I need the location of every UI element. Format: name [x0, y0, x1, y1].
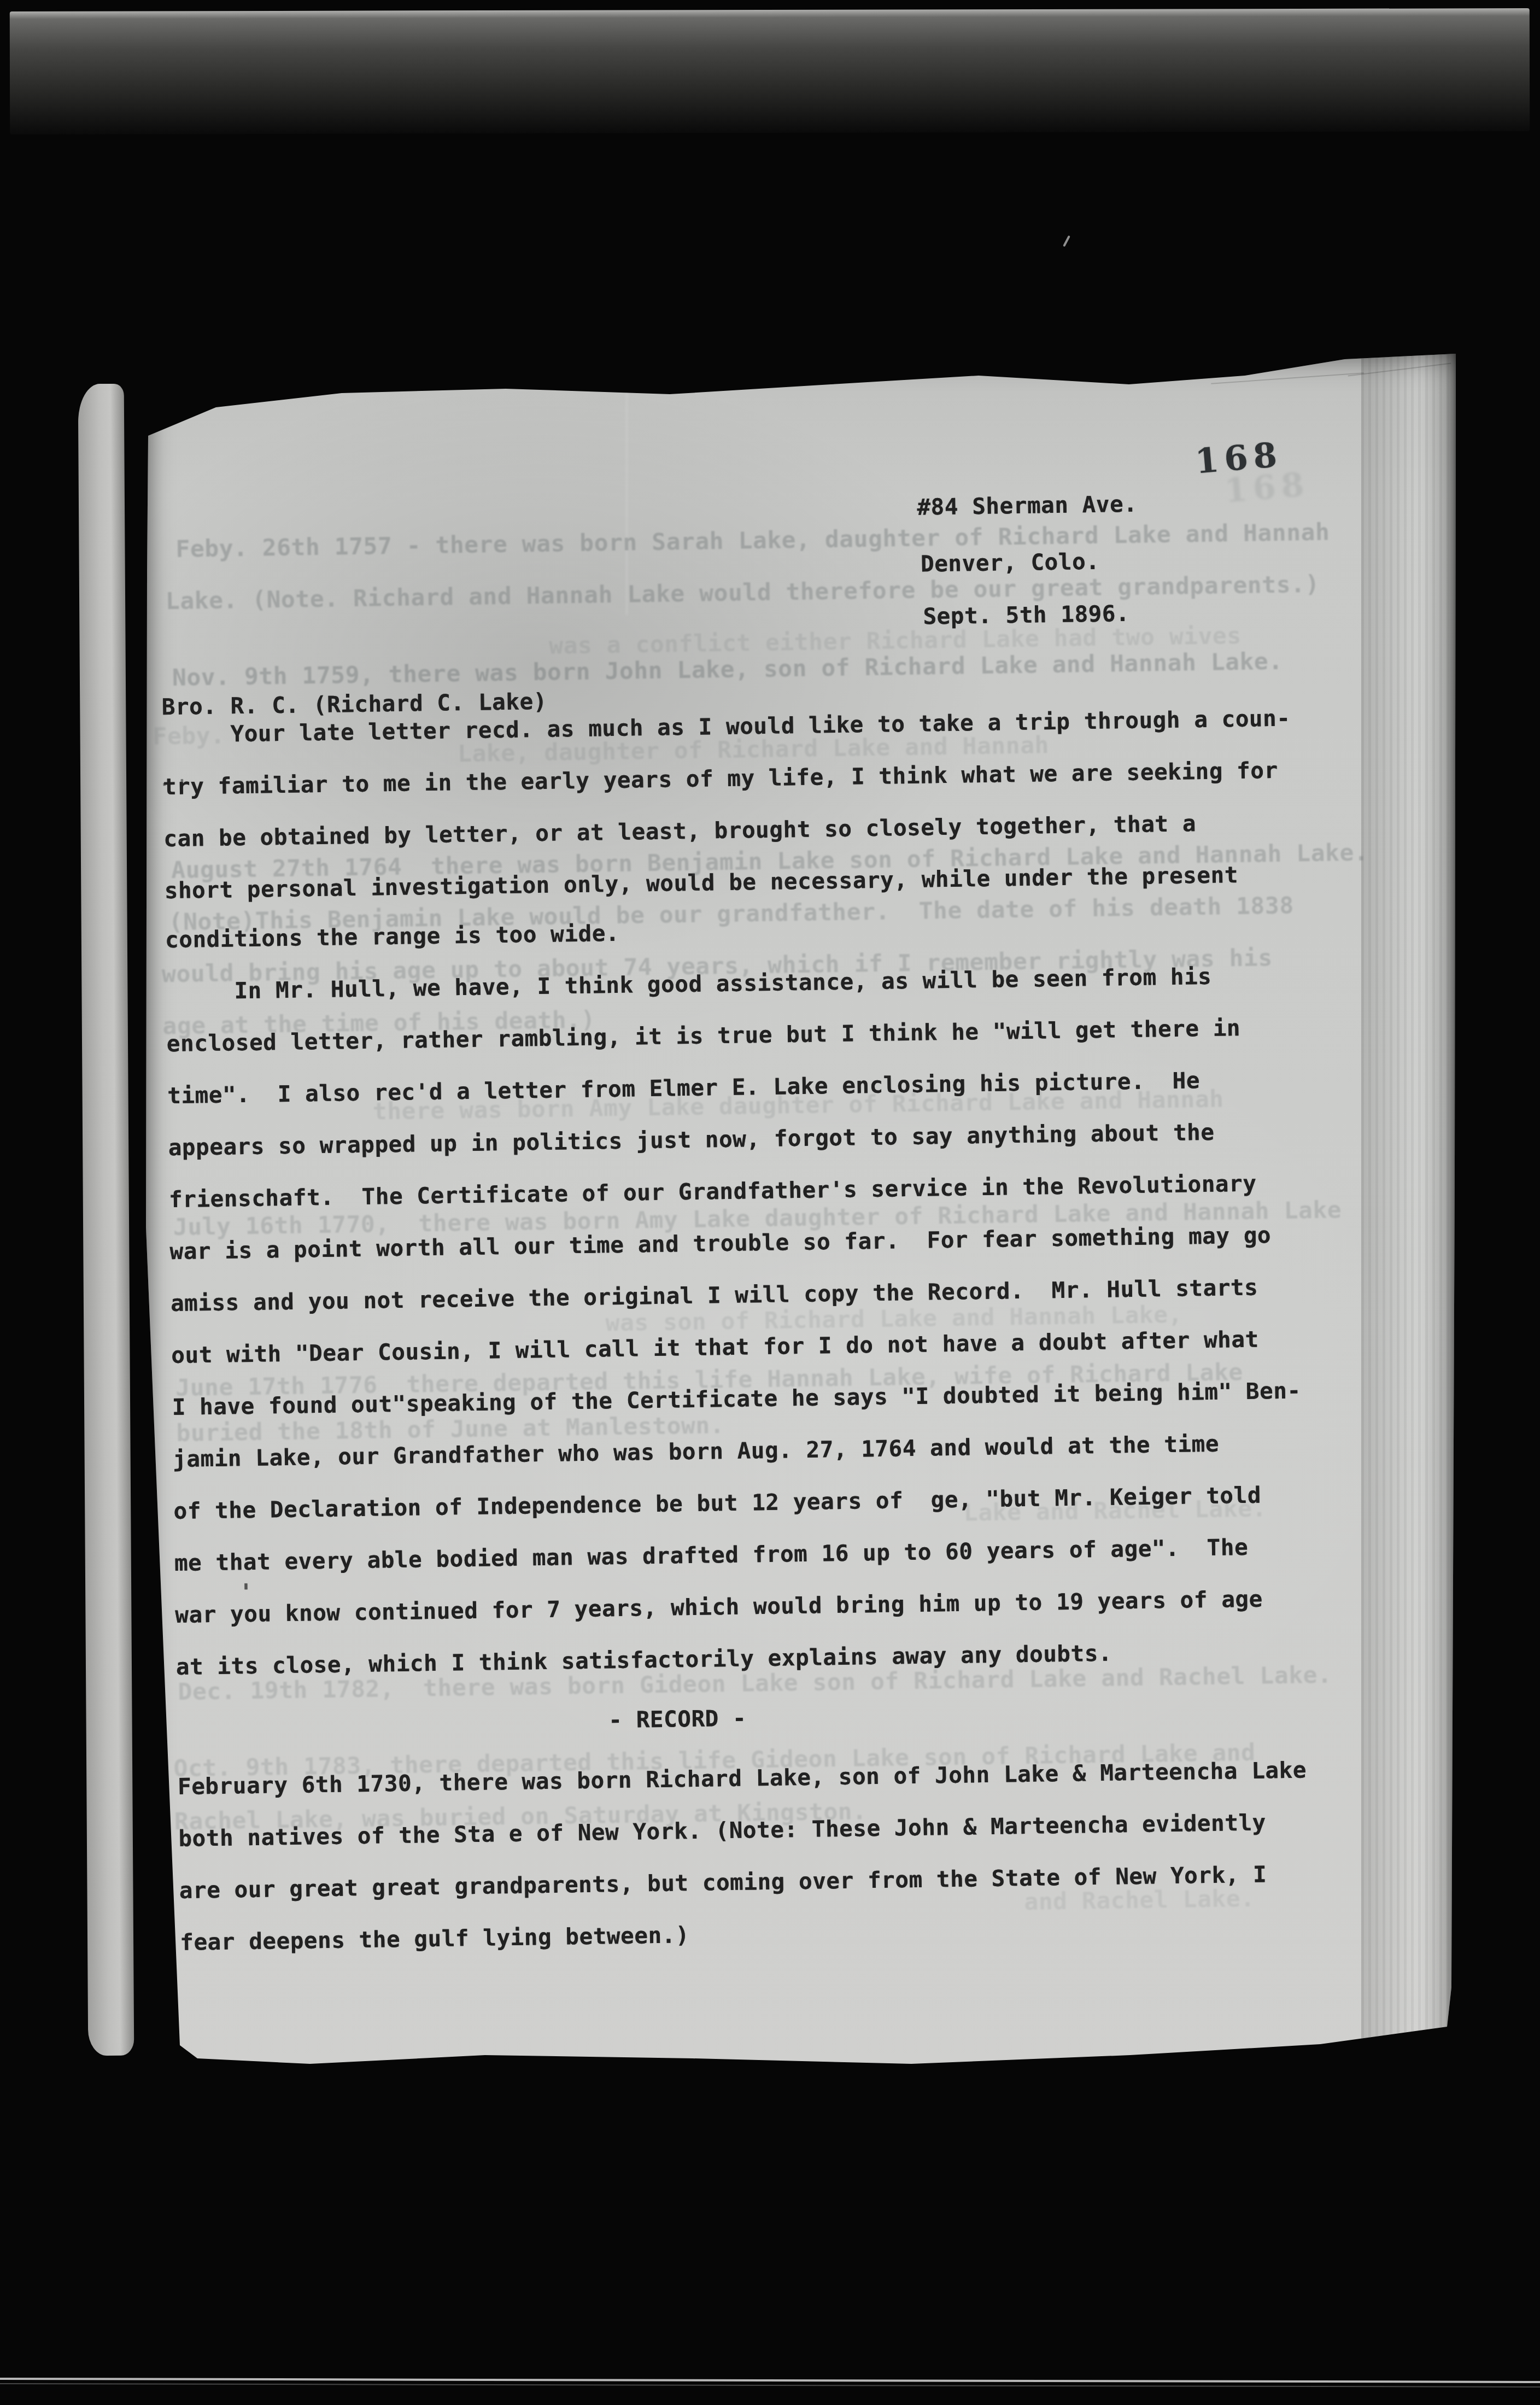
scanner-edge-band [10, 8, 1530, 134]
text-layer: 168 168 #84 Sherman Ave.Denver, Colo.Sep… [132, 343, 1469, 2092]
ghost-bleed-line: Lake and Rachel Lake. [963, 1495, 1267, 1526]
typed-line: Denver, Colo. [921, 548, 1100, 577]
scan-artifact-line [0, 2378, 1540, 2383]
typed-line: me that every able bodied man was drafte… [174, 1534, 1249, 1576]
scanned-photo: 168 168 #84 Sherman Ave.Denver, Colo.Sep… [0, 0, 1540, 2405]
ghost-bleed-line: Lake. (Note. Richard and Hannah Lake wou… [166, 571, 1320, 615]
scan-artifact-line-echo [0, 2383, 1540, 2388]
typed-line: - RECORD - [608, 1705, 747, 1734]
ghost-bleed-line: Feby. 26th 1757 - there was born Sarah L… [175, 519, 1330, 563]
ghost-bleed-line: Feby. [153, 722, 225, 751]
left-page-edge [78, 384, 134, 2056]
typed-line: appears so wrapped up in politics just n… [168, 1119, 1215, 1161]
typed-line: Bro. R. C. (Richard C. Lake) [161, 688, 547, 720]
typed-line: war you know continued for 7 years, whic… [175, 1586, 1263, 1629]
typed-line: #84 Sherman Ave. [917, 491, 1138, 520]
book-page: 168 168 #84 Sherman Ave.Denver, Colo.Sep… [145, 353, 1457, 2083]
page-number-bleed: 168 [1223, 465, 1311, 511]
dust-speck [1063, 235, 1070, 247]
typed-line: fear deepens the gulf lying between.) [180, 1922, 689, 1956]
ghost-bleed-line: and Rachel Lake. [1024, 1885, 1255, 1916]
